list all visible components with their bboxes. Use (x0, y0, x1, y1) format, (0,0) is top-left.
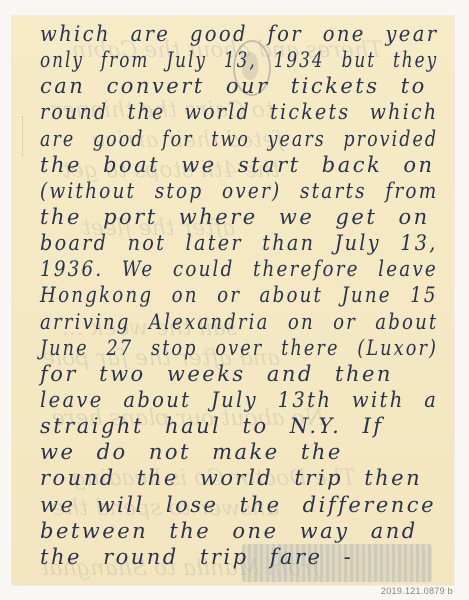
scan-background: Theres and about the Cabin to Cairo the … (0, 0, 469, 600)
catalog-number: 2019.121.0879 b (381, 586, 453, 596)
handwritten-line: are good for two years provided (40, 129, 438, 150)
handwritten-line: only from July 13, 1934 but they (40, 50, 438, 71)
handwritten-line: Hongkong on or about June 15 (40, 285, 438, 306)
handwritten-line: for two weeks and then (40, 364, 393, 385)
handwritten-line: straight haul to N.Y. If (40, 416, 384, 437)
handwritten-line: the port where we get on (40, 207, 430, 228)
handwritten-line: (without stop over) starts from (40, 181, 438, 202)
handwritten-line: the round trip fare - (40, 547, 353, 568)
handwritten-line: leave about July 13th with a (40, 390, 438, 411)
handwritten-line: arriving Alexandria on or about (40, 312, 438, 333)
handwritten-line: the boat we start back on (40, 155, 435, 176)
handwritten-line: we will lose the difference (40, 495, 436, 516)
handwritten-line: round the world trip then (40, 468, 422, 489)
handwritten-line: June 27 stop over there (Luxor) (40, 338, 438, 359)
letter-page: Theres and about the Cabin to Cairo the … (12, 16, 454, 585)
handwritten-line: board not later than July 13, (40, 233, 438, 254)
handwritten-line: can convert our tickets to (40, 76, 427, 97)
handwritten-line: 1936. We could therefore leave (40, 259, 438, 280)
punch-marks (22, 116, 25, 156)
handwritten-line: round the world tickets which (40, 102, 438, 123)
handwritten-line: we do not make the (40, 442, 343, 463)
handwritten-line: between the one way and (40, 521, 418, 542)
handwritten-line: which are good for one year (40, 24, 438, 45)
